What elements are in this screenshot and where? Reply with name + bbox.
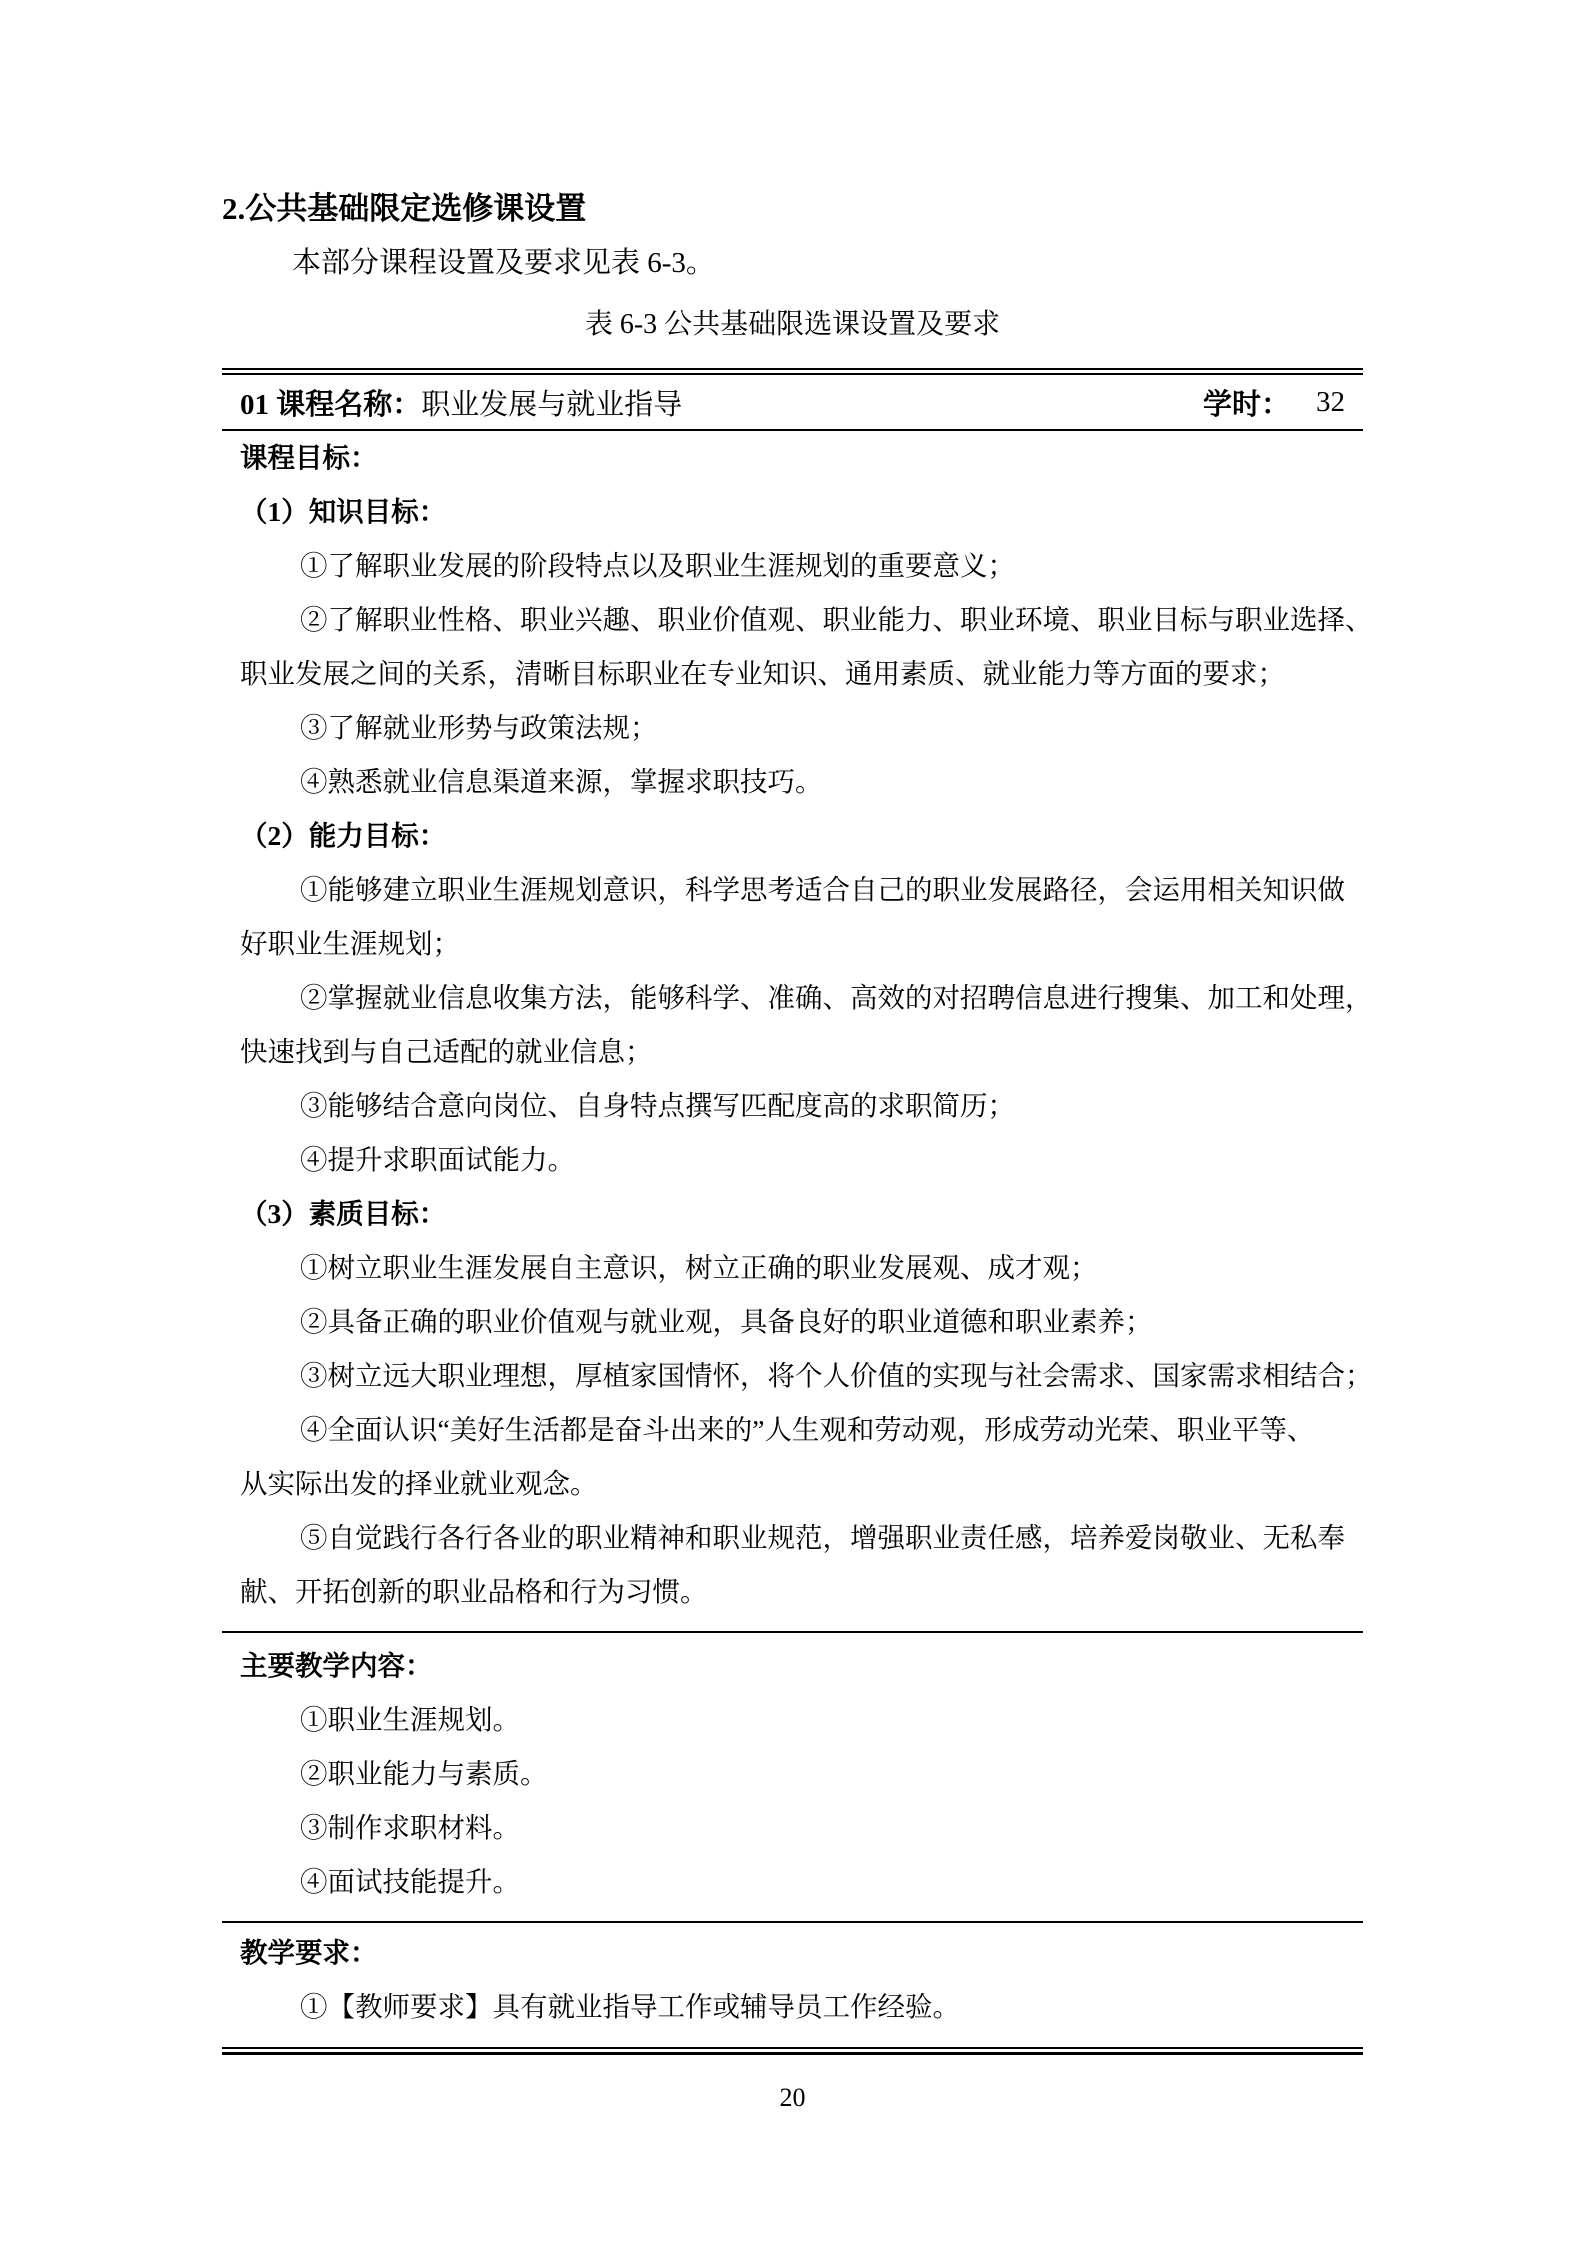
- text-line: ①【教师要求】具有就业指导工作或辅导员工作经验。: [240, 1980, 1345, 2034]
- text-line: ①职业生涯规划。: [240, 1693, 1345, 1747]
- text-line: ④提升求职面试能力。: [240, 1133, 1345, 1187]
- hours-value: 32: [1316, 386, 1345, 419]
- document-page: 2.公共基础限定选修课设置 本部分课程设置及要求见表 6-3。 表 6-3 公共…: [0, 0, 1587, 2245]
- course-name-group: 01 课程名称：职业发展与就业指导: [240, 382, 682, 423]
- text-line: 职业发展之间的关系，清晰目标职业在专业知识、通用素质、就业能力等方面的要求；: [240, 647, 1345, 701]
- text-line: ②掌握就业信息收集方法，能够科学、准确、高效的对招聘信息进行搜集、加工和处理，: [240, 971, 1345, 1025]
- text-line: （1）知识目标：: [240, 485, 1345, 539]
- text-line: （2）能力目标：: [240, 809, 1345, 863]
- course-objectives-cell: 课程目标：（1）知识目标：①了解职业发展的阶段特点以及职业生涯规划的重要意义；②…: [222, 431, 1363, 1631]
- table-top-double-rule: [222, 368, 1363, 375]
- page-content: 2.公共基础限定选修课设置 本部分课程设置及要求见表 6-3。 表 6-3 公共…: [222, 0, 1363, 2125]
- text-line: ④全面认识“美好生活都是奋斗出来的”人生观和劳动观，形成劳动光荣、职业平等、: [240, 1403, 1345, 1457]
- text-line: 快速找到与自己适配的就业信息；: [240, 1025, 1345, 1079]
- text-line: ④熟悉就业信息渠道来源，掌握求职技巧。: [240, 755, 1345, 809]
- table-header-row: 01 课程名称：职业发展与就业指导 学时： 32: [222, 375, 1363, 429]
- text-line: ②职业能力与素质。: [240, 1747, 1345, 1801]
- course-name: 职业发展与就业指导: [421, 389, 682, 421]
- text-line: ④面试技能提升。: [240, 1855, 1345, 1909]
- text-line: ①能够建立职业生涯规划意识，科学思考适合自己的职业发展路径，会运用相关知识做: [240, 863, 1345, 917]
- text-line: 主要教学内容：: [240, 1639, 1345, 1693]
- teaching-content-cell: 主要教学内容：①职业生涯规划。②职业能力与素质。③制作求职材料。④面试技能提升。: [222, 1633, 1363, 1921]
- text-line: ③了解就业形势与政策法规；: [240, 701, 1345, 755]
- text-line: 献、开拓创新的职业品格和行为习惯。: [240, 1565, 1345, 1619]
- page-number: 20: [222, 2071, 1363, 2125]
- teaching-requirements-cell: 教学要求：①【教师要求】具有就业指导工作或辅导员工作经验。: [222, 1923, 1363, 2047]
- text-line: ①树立职业生涯发展自主意识，树立正确的职业发展观、成才观；: [240, 1241, 1345, 1295]
- course-label: 01 课程名称：: [240, 389, 421, 421]
- intro-paragraph: 本部分课程设置及要求见表 6-3。: [222, 232, 1363, 294]
- text-line: 课程目标：: [240, 431, 1345, 485]
- section-heading: 2.公共基础限定选修课设置: [222, 186, 1363, 232]
- text-line: ③树立远大职业理想，厚植家国情怀，将个人价值的实现与社会需求、国家需求相结合；: [240, 1349, 1345, 1403]
- text-line: ③能够结合意向岗位、自身特点撰写匹配度高的求职简历；: [240, 1079, 1345, 1133]
- text-line: 教学要求：: [240, 1926, 1345, 1980]
- text-line: ⑤自觉践行各行各业的职业精神和职业规范，增强职业责任感，培养爱岗敬业、无私奉: [240, 1511, 1345, 1565]
- hours-label: 学时：: [1203, 382, 1290, 423]
- text-line: ①了解职业发展的阶段特点以及职业生涯规划的重要意义；: [240, 539, 1345, 593]
- table-caption: 表 6-3 公共基础限选课设置及要求: [222, 294, 1363, 356]
- text-line: 好职业生涯规划；: [240, 917, 1345, 971]
- table-bottom-double-rule: [222, 2047, 1363, 2055]
- text-line: ③制作求职材料。: [240, 1801, 1345, 1855]
- text-line: 从实际出发的择业就业观念。: [240, 1457, 1345, 1511]
- text-line: ②了解职业性格、职业兴趣、职业价值观、职业能力、职业环境、职业目标与职业选择、: [240, 593, 1345, 647]
- text-line: （3）素质目标：: [240, 1187, 1345, 1241]
- hours-group: 学时： 32: [1203, 382, 1345, 423]
- text-line: ②具备正确的职业价值观与就业观，具备良好的职业道德和职业素养；: [240, 1295, 1345, 1349]
- course-table: 01 课程名称：职业发展与就业指导 学时： 32 课程目标：（1）知识目标：①了…: [222, 368, 1363, 2055]
